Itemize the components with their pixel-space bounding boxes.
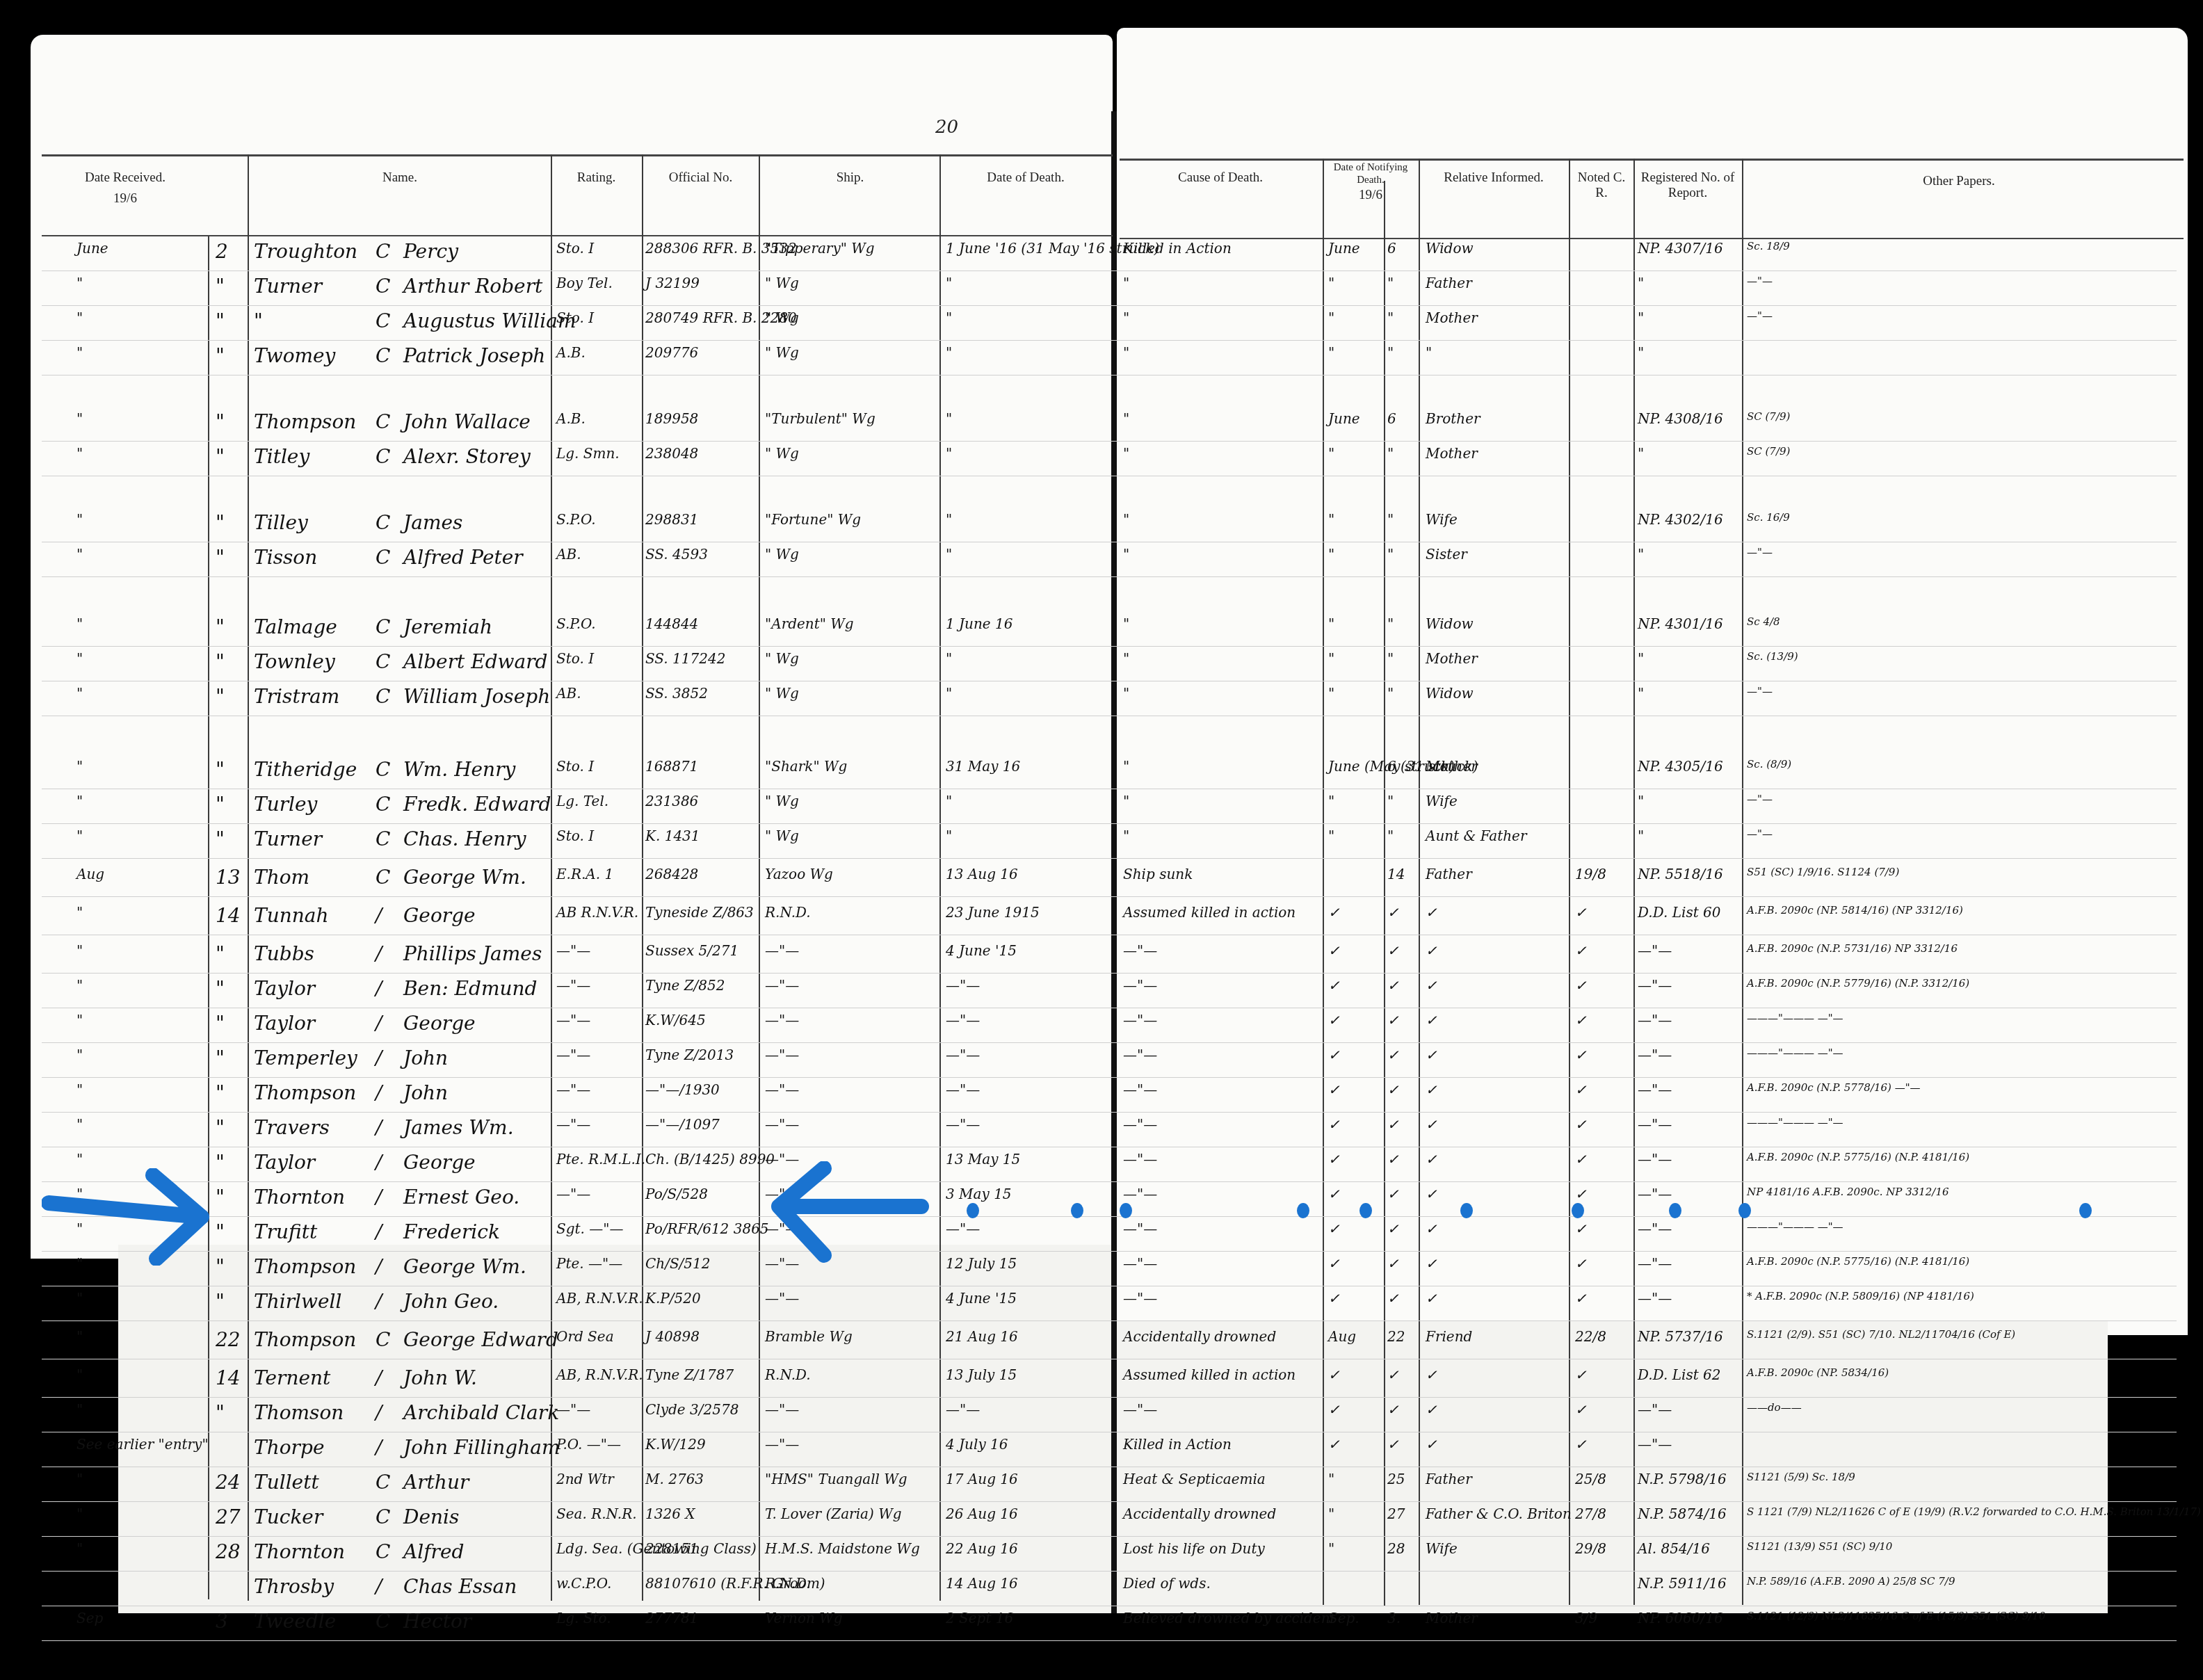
row-rule bbox=[42, 716, 2177, 716]
cell-date-of-death: " bbox=[946, 650, 952, 667]
cell-notify-day: ✓ bbox=[1387, 1436, 1399, 1453]
cell-date-of-death: —"— bbox=[946, 1401, 980, 1418]
cell-official-no: Po/S/528 bbox=[645, 1186, 708, 1202]
cell-cause: " bbox=[1123, 650, 1129, 667]
cell-other-papers: ———"——— —"— bbox=[1747, 1116, 1843, 1129]
cell-notify-month: ✓ bbox=[1328, 942, 1340, 959]
cell-rating: Sto. I bbox=[556, 309, 594, 326]
cell-date-of-death: 31 May 16 bbox=[946, 758, 1020, 775]
cell-surname: " bbox=[254, 309, 263, 332]
cell-ship: " Wg bbox=[765, 445, 799, 462]
cell-noted-cr: ✓ bbox=[1575, 1220, 1587, 1237]
cell-day: " bbox=[216, 1255, 225, 1278]
cell-surname: Tunnah bbox=[254, 904, 329, 927]
cell-cause: Heat & Septicaemia bbox=[1123, 1471, 1266, 1487]
cell-mark: C bbox=[376, 1540, 390, 1563]
cell-ship: R.N.D. bbox=[765, 904, 811, 921]
cell-day: 27 bbox=[216, 1505, 241, 1528]
cell-mark: C bbox=[376, 758, 390, 781]
cell-relative: Mother bbox=[1426, 1610, 1478, 1626]
cell-surname: Tristram bbox=[254, 685, 339, 708]
cell-registered-no: —"— bbox=[1638, 1151, 1672, 1168]
cell-forename: Fredk. Edward bbox=[403, 793, 551, 816]
cell-surname: Thompson bbox=[254, 1255, 356, 1278]
cell-rating: —"— bbox=[556, 1116, 590, 1133]
cell-day: " bbox=[216, 1047, 225, 1069]
cell-noted-cr: 22/8 bbox=[1575, 1328, 1606, 1345]
cell-surname: Turner bbox=[254, 275, 322, 298]
cell-date-of-death: —"— bbox=[946, 1081, 980, 1098]
cell-noted-cr: ✓ bbox=[1575, 1401, 1587, 1418]
cell-noted-cr: ✓ bbox=[1575, 1366, 1587, 1383]
cell-notify-day: 6 bbox=[1387, 240, 1396, 257]
cell-forename: Alexr. Storey bbox=[403, 445, 531, 468]
cell-surname: Thornton bbox=[254, 1186, 345, 1209]
cell-month: " bbox=[76, 1471, 83, 1487]
cell-other-papers: S.1121 (12/9) NL2/11635/16 C of E (15/9)… bbox=[1747, 1610, 2045, 1622]
cell-rating: Lg. Smn. bbox=[556, 445, 620, 462]
cell-surname: Turley bbox=[254, 793, 317, 816]
cell-surname: Tisson bbox=[254, 546, 317, 569]
cell-cause: " bbox=[1123, 685, 1129, 702]
cell-cause: " bbox=[1123, 410, 1129, 427]
highlight-dot bbox=[1738, 1203, 1751, 1218]
row-rule bbox=[42, 858, 2177, 859]
cell-date-of-death: " bbox=[946, 275, 952, 291]
col-divider-official bbox=[642, 154, 643, 1601]
row-rule bbox=[42, 1147, 2177, 1147]
cell-noted-cr: ✓ bbox=[1575, 1151, 1587, 1168]
cell-relative: ✓ bbox=[1426, 1186, 1437, 1202]
cell-cause: Assumed killed in action bbox=[1123, 1366, 1296, 1383]
cell-notify-month: ✓ bbox=[1328, 1047, 1340, 1063]
cell-official-no: 1326 X bbox=[645, 1505, 695, 1522]
cell-rating: Lg. Sto. bbox=[556, 1610, 611, 1626]
cell-relative: ✓ bbox=[1426, 942, 1437, 959]
cell-notify-month: " bbox=[1328, 615, 1334, 632]
cell-ship: Yazoo Wg bbox=[765, 866, 833, 882]
cell-notify-day: ✓ bbox=[1387, 1047, 1399, 1063]
cell-noted-cr: ✓ bbox=[1575, 1081, 1587, 1098]
cell-month: " bbox=[76, 1290, 83, 1307]
row-rule bbox=[42, 305, 2177, 306]
cell-registered-no: N.P. 5874/16 bbox=[1638, 1505, 1727, 1522]
cell-date-of-death: —"— bbox=[946, 1116, 980, 1133]
cell-forename: George bbox=[403, 904, 476, 927]
cell-notify-day: 6 bbox=[1387, 410, 1396, 427]
cell-ship: —"— bbox=[765, 1047, 799, 1063]
cell-noted-cr: ✓ bbox=[1575, 904, 1587, 921]
header-bottom-rule-right bbox=[1120, 238, 2184, 239]
cell-ship: R.N.D. bbox=[765, 1366, 811, 1383]
cell-relative: Wife bbox=[1426, 793, 1458, 809]
cell-ship: —"— bbox=[765, 1401, 799, 1418]
cell-mark: / bbox=[376, 1575, 382, 1598]
cell-mark: C bbox=[376, 650, 390, 673]
cell-rating: Sgt. —"— bbox=[556, 1220, 623, 1237]
cell-ship: " Wg bbox=[765, 546, 799, 563]
cell-mark: C bbox=[376, 793, 390, 816]
cell-mark: C bbox=[376, 685, 390, 708]
cell-other-papers: A.F.B. 2090c (N.P. 5779/16) (N.P. 3312/1… bbox=[1747, 977, 1969, 990]
cell-rating: w.C.P.O. bbox=[556, 1575, 611, 1592]
cell-registered-no: —"— bbox=[1638, 1012, 1672, 1028]
cell-date-of-death: 4 June '15 bbox=[946, 1290, 1017, 1307]
cell-notify-month: Aug bbox=[1328, 1328, 1356, 1345]
cell-date-of-death: " bbox=[946, 445, 952, 462]
cell-day: " bbox=[216, 546, 225, 569]
cell-ship: " Wg bbox=[765, 650, 799, 667]
cell-month: " bbox=[76, 546, 83, 563]
cell-notify-month: " bbox=[1328, 1471, 1334, 1487]
cell-relative: Aunt & Father bbox=[1426, 827, 1527, 844]
cell-notify-day: ✓ bbox=[1387, 1081, 1399, 1098]
cell-relative: Widow bbox=[1426, 615, 1474, 632]
cell-date-of-death: 14 Aug 16 bbox=[946, 1575, 1018, 1592]
cell-surname: Titheridge bbox=[254, 758, 357, 781]
cell-other-papers: Sc. 18/9 bbox=[1747, 240, 1790, 252]
cell-month: " bbox=[76, 685, 83, 702]
cell-rating: Sto. I bbox=[556, 827, 594, 844]
cell-registered-no: N.P. 5798/16 bbox=[1638, 1471, 1727, 1487]
cell-official-no: Clyde 3/2578 bbox=[645, 1401, 739, 1418]
header-date-of-death: Date of Death. bbox=[942, 170, 1109, 186]
row-rule bbox=[42, 935, 2177, 935]
cell-forename: Frederick bbox=[403, 1220, 500, 1243]
cell-notify-month: ✓ bbox=[1328, 1116, 1340, 1133]
cell-cause: —"— bbox=[1123, 1151, 1157, 1168]
cell-surname: Taylor bbox=[254, 977, 315, 1000]
row-rule bbox=[42, 1216, 2177, 1217]
col-divider-other bbox=[1742, 159, 1743, 1605]
cell-day: 14 bbox=[216, 1366, 241, 1389]
cell-surname: Tilley bbox=[254, 511, 308, 534]
cell-day: " bbox=[216, 1012, 225, 1035]
cell-registered-no: " bbox=[1638, 309, 1644, 326]
col-divider-notify bbox=[1323, 159, 1324, 1605]
cell-other-papers: —"— bbox=[1747, 793, 1773, 805]
cell-ship: " Wg bbox=[765, 344, 799, 361]
cell-month: " bbox=[76, 445, 83, 462]
cell-notify-month: " bbox=[1328, 344, 1334, 361]
cell-surname: Titley bbox=[254, 445, 309, 468]
cell-relative: ✓ bbox=[1426, 1012, 1437, 1028]
cell-cause: —"— bbox=[1123, 1081, 1157, 1098]
cell-forename: Denis bbox=[403, 1505, 459, 1528]
cell-other-papers: A.F.B. 2090c (N.P. 5731/16) NP 3312/16 bbox=[1747, 942, 1958, 955]
cell-forename: John Geo. bbox=[403, 1290, 499, 1313]
cell-official-no: Tyneside Z/863 bbox=[645, 904, 754, 921]
cell-notify-day: ✓ bbox=[1387, 1151, 1399, 1168]
cell-official-no: Ch/S/512 bbox=[645, 1255, 711, 1272]
cell-ship: —"— bbox=[765, 977, 799, 994]
cell-surname: Trufitt bbox=[254, 1220, 317, 1243]
cell-notify-day: ✓ bbox=[1387, 1116, 1399, 1133]
cell-notify-month: " bbox=[1328, 1505, 1334, 1522]
cell-surname: Temperley bbox=[254, 1047, 357, 1069]
cell-official-no: 268428 bbox=[645, 866, 698, 882]
cell-day: " bbox=[216, 827, 225, 850]
cell-cause: —"— bbox=[1123, 1186, 1157, 1202]
cell-date-of-death: 12 July 15 bbox=[946, 1255, 1017, 1272]
header-relative-informed: Relative Informed. bbox=[1420, 170, 1567, 186]
cell-ship: —"— bbox=[765, 1081, 799, 1098]
cell-other-papers: Sc. (8/9) bbox=[1747, 758, 1791, 770]
cell-mark: C bbox=[376, 445, 390, 468]
cell-other-papers: —"— bbox=[1747, 309, 1773, 322]
cell-notify-day: 28 bbox=[1387, 1540, 1405, 1557]
header-registered-no: Registered No. of Report. bbox=[1635, 170, 1741, 201]
cell-day: 14 bbox=[216, 904, 241, 927]
cell-mark: / bbox=[376, 1047, 382, 1069]
cell-surname: Throsby bbox=[254, 1575, 334, 1598]
cell-notify-month: ✓ bbox=[1328, 1436, 1340, 1453]
highlight-dot bbox=[2079, 1203, 2092, 1218]
cell-relative: ✓ bbox=[1426, 1220, 1437, 1237]
cell-day: " bbox=[216, 685, 225, 708]
highlight-dot bbox=[967, 1203, 979, 1218]
cell-date-of-death: 13 July 15 bbox=[946, 1366, 1017, 1383]
header-top-rule-right bbox=[1120, 159, 2184, 161]
cell-other-papers: —"— bbox=[1747, 275, 1773, 287]
cell-other-papers: —"— bbox=[1747, 827, 1773, 840]
header-year: 19/6 bbox=[49, 191, 202, 207]
cell-day: " bbox=[216, 511, 225, 534]
cell-ship: Vernon Wg bbox=[765, 1610, 843, 1626]
cell-forename: Ernest Geo. bbox=[403, 1186, 519, 1209]
cell-rating: —"— bbox=[556, 942, 590, 959]
cell-cause: —"— bbox=[1123, 1116, 1157, 1133]
cell-notify-day: " bbox=[1387, 546, 1394, 563]
cell-day: " bbox=[216, 309, 225, 332]
cell-official-no: K.W/129 bbox=[645, 1436, 706, 1453]
cell-month: " bbox=[76, 904, 83, 921]
cell-relative: Father bbox=[1426, 866, 1472, 882]
cell-registered-no: —"— bbox=[1638, 1186, 1672, 1202]
cell-forename: John bbox=[403, 1047, 448, 1069]
cell-forename: William Joseph bbox=[403, 685, 550, 708]
cell-day: " bbox=[216, 344, 225, 367]
cell-day: " bbox=[216, 275, 225, 298]
row-rule bbox=[42, 1536, 2177, 1537]
cell-mark: C bbox=[376, 1505, 390, 1528]
cell-noted-cr: ✓ bbox=[1575, 1290, 1587, 1307]
cell-notify-day: ✓ bbox=[1387, 977, 1399, 994]
cell-other-papers: ——do—— bbox=[1747, 1401, 1802, 1414]
cell-ship: " Wg bbox=[765, 827, 799, 844]
header-name: Name. bbox=[250, 170, 549, 186]
cell-surname: Turner bbox=[254, 827, 322, 850]
cell-mark: / bbox=[376, 1116, 382, 1139]
page-number: 20 bbox=[935, 117, 958, 138]
cell-date-of-death: —"— bbox=[946, 1047, 980, 1063]
cell-forename: James bbox=[403, 511, 462, 534]
cell-ship: " Wg bbox=[765, 685, 799, 702]
cell-cause: —"— bbox=[1123, 1255, 1157, 1272]
cell-other-papers: —"— bbox=[1747, 685, 1773, 697]
cell-notify-month: ✓ bbox=[1328, 1012, 1340, 1028]
cell-date-of-death: " bbox=[946, 793, 952, 809]
cell-forename: Archibald Clark bbox=[403, 1401, 559, 1424]
cell-other-papers: Sc 4/8 bbox=[1747, 615, 1780, 628]
cell-forename: John Wallace bbox=[403, 410, 531, 433]
cell-registered-no: —"— bbox=[1638, 1401, 1672, 1418]
cell-forename: Augustus William bbox=[403, 309, 576, 332]
cell-date-of-death: " bbox=[946, 309, 952, 326]
cell-registered-no: NP. 4308/16 bbox=[1638, 410, 1723, 427]
row-rule bbox=[42, 1008, 2177, 1008]
cell-date-of-death: 3 May 15 bbox=[946, 1186, 1012, 1202]
cell-forename: Percy bbox=[403, 240, 458, 263]
cell-date-of-death: " bbox=[946, 344, 952, 361]
cell-day: 28 bbox=[216, 1540, 241, 1563]
cell-surname: Thorpe bbox=[254, 1436, 324, 1459]
cell-ship: —"— bbox=[765, 1012, 799, 1028]
row-rule bbox=[42, 681, 2177, 681]
cell-notify-day: ✓ bbox=[1387, 1220, 1399, 1237]
cell-day: " bbox=[216, 942, 225, 965]
book-binding-gutter bbox=[1111, 111, 1117, 1613]
cell-rating: Pte. R.M.L.I. bbox=[556, 1151, 645, 1168]
cell-mark: / bbox=[376, 1081, 382, 1104]
col-divider-rating bbox=[551, 154, 552, 1601]
cell-ship: R.N.D. bbox=[765, 1575, 811, 1592]
header-date-received: Date Received. 19/6 bbox=[49, 170, 202, 207]
cell-other-papers: SC (7/9) bbox=[1747, 445, 1790, 458]
cell-rating: AB, R.N.V.R. bbox=[556, 1290, 643, 1307]
cell-month: June bbox=[76, 240, 108, 257]
cell-relative: Father bbox=[1426, 1471, 1472, 1487]
cell-date-of-death: 17 Aug 16 bbox=[946, 1471, 1018, 1487]
cell-rating: AB. bbox=[556, 546, 581, 563]
cell-ship: "Ardent" Wg bbox=[765, 615, 854, 632]
cell-month: " bbox=[76, 1505, 83, 1522]
cell-day: " bbox=[216, 758, 225, 781]
cell-other-papers: N.P. 589/16 (A.F.B. 2090 A) 25/8 SC 7/9 bbox=[1747, 1575, 1955, 1588]
cell-other-papers: S1121 (13/9) S51 (SC) 9/10 bbox=[1747, 1540, 1892, 1553]
col-divider-notify-day bbox=[1384, 181, 1385, 1606]
cell-relative: Father & C.O. Briton bbox=[1426, 1505, 1572, 1522]
row-rule bbox=[42, 1251, 2177, 1252]
cell-date-of-death: —"— bbox=[946, 1012, 980, 1028]
cell-noted-cr: 3/9 bbox=[1575, 1610, 1597, 1626]
cell-notify-day: 22 bbox=[1387, 1328, 1405, 1345]
cell-surname: Taylor bbox=[254, 1012, 315, 1035]
cell-relative: Wife bbox=[1426, 511, 1458, 528]
cell-rating: —"— bbox=[556, 1047, 590, 1063]
cell-notify-month: " bbox=[1328, 309, 1334, 326]
cell-notify-day: " bbox=[1387, 344, 1394, 361]
highlight-dot bbox=[1071, 1203, 1083, 1218]
row-rule bbox=[42, 823, 2177, 824]
cell-surname: Taylor bbox=[254, 1151, 315, 1174]
cell-notify-day: 3. bbox=[1387, 1610, 1401, 1626]
cell-registered-no: NP. 4302/16 bbox=[1638, 511, 1723, 528]
cell-mark: / bbox=[376, 1290, 382, 1313]
cell-surname: Tubbs bbox=[254, 942, 314, 965]
cell-relative: ✓ bbox=[1426, 1151, 1437, 1168]
row-rule bbox=[42, 542, 2177, 542]
cell-relative: Friend bbox=[1426, 1328, 1472, 1345]
cell-day: " bbox=[216, 445, 225, 468]
cell-official-no: J 40898 bbox=[645, 1328, 700, 1345]
cell-day: " bbox=[216, 1081, 225, 1104]
cell-notify-month: June bbox=[1328, 240, 1360, 257]
cell-month: " bbox=[76, 615, 83, 632]
cell-mark: / bbox=[376, 1255, 382, 1278]
cell-date-of-death: " bbox=[946, 546, 952, 563]
cell-surname: Thom bbox=[254, 866, 309, 889]
cell-notify-month: " bbox=[1328, 445, 1334, 462]
cell-ship: " Wg bbox=[765, 793, 799, 809]
cell-official-no: SS. 3852 bbox=[645, 685, 708, 702]
cell-registered-no: —"— bbox=[1638, 1116, 1672, 1133]
cell-official-no: 189958 bbox=[645, 410, 698, 427]
cell-mark: C bbox=[376, 240, 390, 263]
cell-official-no: K.W/645 bbox=[645, 1012, 706, 1028]
cell-mark: C bbox=[376, 827, 390, 850]
cell-other-papers: A.F.B. 2090c (NP. 5834/16) bbox=[1747, 1366, 1889, 1379]
cell-cause: " bbox=[1123, 309, 1129, 326]
cell-ship: —"— bbox=[765, 1116, 799, 1133]
cell-official-no: 277781 bbox=[645, 1610, 698, 1626]
header-noted-cr: Noted C. R. bbox=[1570, 170, 1633, 201]
cell-rating: A.B. bbox=[556, 410, 586, 427]
cell-cause: Killed in Action bbox=[1123, 1436, 1232, 1453]
cell-noted-cr: 19/8 bbox=[1575, 866, 1606, 882]
highlight-dot bbox=[1120, 1203, 1132, 1218]
cell-registered-no: —"— bbox=[1638, 1255, 1672, 1272]
cell-notify-month: ✓ bbox=[1328, 1220, 1340, 1237]
cell-surname: Thompson bbox=[254, 1328, 356, 1351]
cell-notify-month: Sep. bbox=[1328, 1610, 1359, 1626]
cell-other-papers: SC (7/9) bbox=[1747, 410, 1790, 423]
cell-forename: Ben: Edmund bbox=[403, 977, 537, 1000]
cell-noted-cr: ✓ bbox=[1575, 1436, 1587, 1453]
cell-relative: Father bbox=[1426, 275, 1472, 291]
cell-relative: ✓ bbox=[1426, 904, 1437, 921]
cell-notify-month: " bbox=[1328, 546, 1334, 563]
highlight-dot bbox=[1297, 1203, 1309, 1218]
cell-day: " bbox=[216, 410, 225, 433]
cell-notify-month: " bbox=[1328, 1540, 1334, 1557]
ledger-right-page bbox=[1117, 28, 2188, 1335]
cell-notify-month: ✓ bbox=[1328, 1366, 1340, 1383]
cell-noted-cr: ✓ bbox=[1575, 1255, 1587, 1272]
cell-relative: ✓ bbox=[1426, 1436, 1437, 1453]
cell-month: " bbox=[76, 1081, 83, 1098]
cell-noted-cr: ✓ bbox=[1575, 1116, 1587, 1133]
cell-month: " bbox=[76, 1047, 83, 1063]
cell-registered-no: " bbox=[1638, 827, 1644, 844]
cell-other-papers: ———"——— —"— bbox=[1747, 1012, 1843, 1024]
cell-notify-day: ✓ bbox=[1387, 1290, 1399, 1307]
ledger-right-page-underleaf bbox=[1117, 1321, 2108, 1613]
cell-rating: AB R.N.V.R. bbox=[556, 904, 638, 921]
cell-day: " bbox=[216, 1401, 225, 1424]
cell-notify-day: 25 bbox=[1387, 1471, 1405, 1487]
cell-month: Sep bbox=[76, 1610, 103, 1626]
cell-notify-month: ✓ bbox=[1328, 1401, 1340, 1418]
cell-date-of-death: 2 Sept 16 bbox=[946, 1610, 1013, 1626]
cell-forename: George bbox=[403, 1012, 476, 1035]
cell-mark: C bbox=[376, 410, 390, 433]
cell-other-papers: A.F.B. 2090c (N.P. 5778/16) —"— bbox=[1747, 1081, 1921, 1094]
cell-ship: "Tipperary" Wg bbox=[765, 240, 875, 257]
cell-surname: Tweedle bbox=[254, 1610, 336, 1633]
row-rule bbox=[42, 1112, 2177, 1113]
cell-rating: S.P.O. bbox=[556, 615, 596, 632]
